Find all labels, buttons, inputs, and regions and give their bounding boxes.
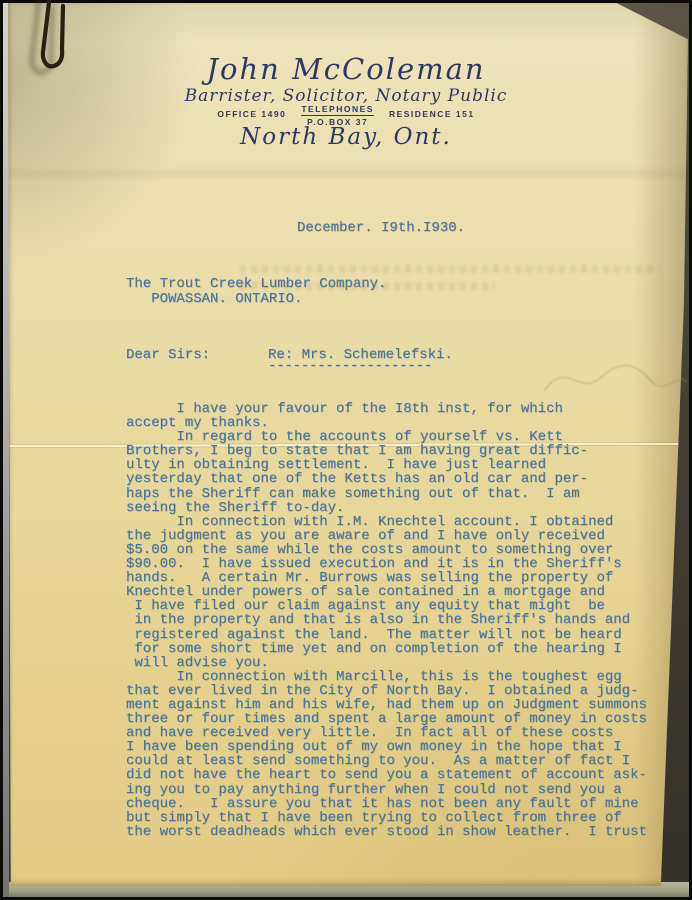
typed-line: I have your favour of the I8th inst, for… bbox=[126, 402, 647, 416]
subject-underline: -------------------- bbox=[268, 358, 432, 374]
typed-line: but simply that I have been trying to co… bbox=[126, 811, 647, 825]
typed-line: haps the Sheriff can make something out … bbox=[126, 487, 647, 501]
typed-line: in the property and that is also in the … bbox=[126, 613, 647, 627]
typed-line: In connection with Marcille, this is the… bbox=[126, 670, 647, 684]
letterhead-city: North Bay, Ont. bbox=[0, 124, 692, 150]
typed-line: $5.00 on the same while the costs amount… bbox=[126, 543, 647, 557]
typed-line: yesterday that one of the Ketts has an o… bbox=[126, 472, 647, 486]
paperclip-icon bbox=[28, 0, 84, 90]
typed-line: will advise you. bbox=[126, 656, 647, 670]
residence-phone: RESIDENCE 151 bbox=[389, 109, 475, 119]
letterhead-title: Barrister, Solicitor, Notary Public bbox=[0, 86, 692, 106]
typed-line: In connection with I.M. Knechtel account… bbox=[126, 515, 647, 529]
typed-line: the worst deadheads which ever stood in … bbox=[126, 825, 647, 839]
salutation: Dear Sirs: bbox=[126, 347, 210, 363]
typed-line: seeing the Sheriff to-day. bbox=[126, 501, 647, 515]
typed-line: registered against the land. The matter … bbox=[126, 628, 647, 642]
recipient-address: The Trout Creek Lumber Company. POWASSAN… bbox=[126, 277, 386, 307]
date-line: December. I9th.I930. bbox=[297, 220, 465, 236]
typed-line: the judgment as you are aware of and I h… bbox=[126, 529, 647, 543]
letter-content: John McColeman Barrister, Solicitor, Not… bbox=[0, 0, 692, 900]
typed-line: that ever lived in the City of North Bay… bbox=[126, 684, 647, 698]
typed-line: did not have the heart to send you a sta… bbox=[126, 768, 647, 782]
typed-line: for some short time yet and on completio… bbox=[126, 642, 647, 656]
typed-line: ing you to pay anything further when I c… bbox=[126, 783, 647, 797]
typed-line: $90.00. I have issued execution and it i… bbox=[126, 557, 647, 571]
scanned-letter: John McColeman Barrister, Solicitor, Not… bbox=[0, 0, 692, 900]
typed-line: ment against him and his wife, had them … bbox=[126, 698, 647, 712]
typed-line: cheque. I assure you that it has not bee… bbox=[126, 797, 647, 811]
office-phone: OFFICE 1490 bbox=[217, 109, 286, 119]
letterhead-name: John McColeman bbox=[0, 52, 692, 86]
telephones-label: TELEPHONES bbox=[301, 104, 374, 116]
faint-signature bbox=[540, 352, 690, 402]
letter-body: I have your favour of the I8th inst, for… bbox=[126, 402, 647, 839]
